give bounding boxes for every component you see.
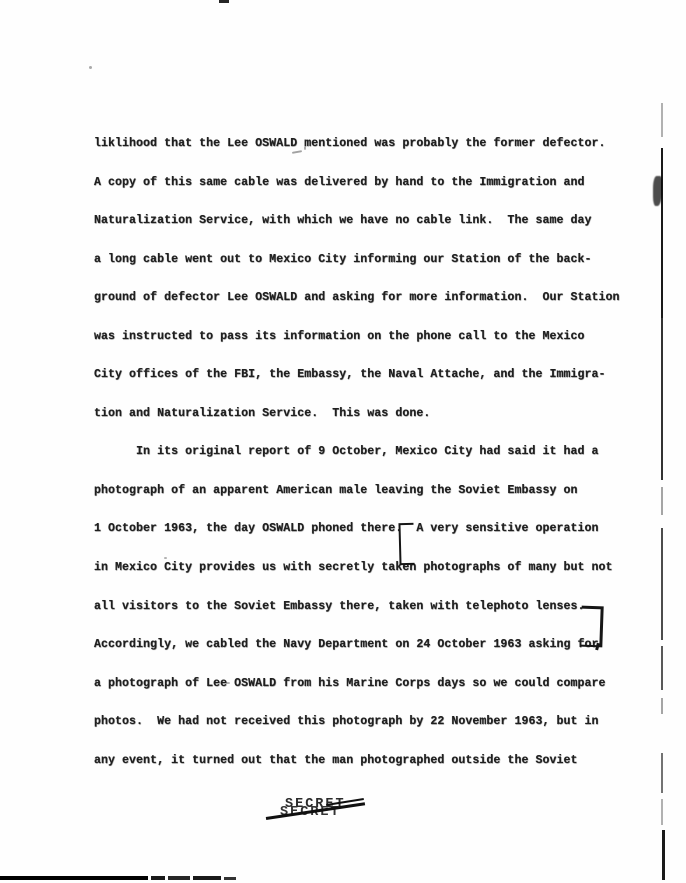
scan-artifact-top-dash: [219, 0, 229, 3]
text-line: in Mexico City provides us with secretly…: [94, 549, 654, 588]
scan-artifact-bottom-bar: [0, 876, 148, 880]
scan-artifact-right-edge: [661, 698, 663, 714]
scan-artifact-right-edge: [661, 318, 663, 480]
text-line: tion and Naturalization Service. This wa…: [94, 395, 654, 434]
scan-speck: [226, 682, 230, 684]
text-line: City offices of the FBI, the Embassy, th…: [94, 356, 654, 395]
scan-artifact-right-edge: [661, 103, 663, 137]
text-line: was instructed to pass its information o…: [94, 318, 654, 357]
scan-artifact-bottom-dash: [193, 876, 221, 880]
text-line: Accordingly, we cabled the Navy Departme…: [94, 626, 654, 665]
document-text: liklihood that the Lee OSWALD mentioned …: [94, 125, 654, 780]
text-line: In its original report of 9 October, Mex…: [94, 433, 654, 472]
scan-speck: [89, 66, 92, 69]
scan-artifact-right-edge: [661, 487, 663, 515]
classification-stamp: SECRET SECRET: [278, 797, 388, 831]
scan-artifact-bottom-dash: [168, 876, 190, 880]
text-line: 1 October 1963, the day OSWALD phoned th…: [94, 510, 654, 549]
inserted-bracket-open: [398, 523, 414, 565]
scan-artifact-right-edge: [661, 753, 663, 793]
scan-speck: [304, 146, 306, 150]
text-line: photograph of an apparent American male …: [94, 472, 654, 511]
text-line: photos. We had not received this photogr…: [94, 703, 654, 742]
text-line: a long cable went out to Mexico City inf…: [94, 241, 654, 280]
scan-artifact-right-edge: [661, 148, 663, 318]
scan-artifact-right-edge: [661, 799, 663, 825]
text-line: all visitors to the Soviet Embassy there…: [94, 588, 654, 627]
text-line: Naturalization Service, with which we ha…: [94, 202, 654, 241]
scan-artifact-bottom-dash: [151, 876, 165, 880]
scan-artifact-right-edge: [662, 830, 665, 880]
scan-artifact-right-edge: [661, 528, 663, 640]
scanned-document-page: liklihood that the Lee OSWALD mentioned …: [0, 0, 686, 883]
text-line: a photograph of Lee OSWALD from his Mari…: [94, 665, 654, 704]
scan-artifact-right-edge: [661, 646, 663, 690]
text-line: any event, it turned out that the man ph…: [94, 742, 654, 781]
text-line: A copy of this same cable was delivered …: [94, 164, 654, 203]
inserted-bracket-close: [580, 606, 603, 648]
text-line: liklihood that the Lee OSWALD mentioned …: [94, 125, 654, 164]
text-line: ground of defector Lee OSWALD and asking…: [94, 279, 654, 318]
scan-artifact-bottom-dash: [224, 877, 236, 880]
scan-speck: [164, 557, 167, 559]
